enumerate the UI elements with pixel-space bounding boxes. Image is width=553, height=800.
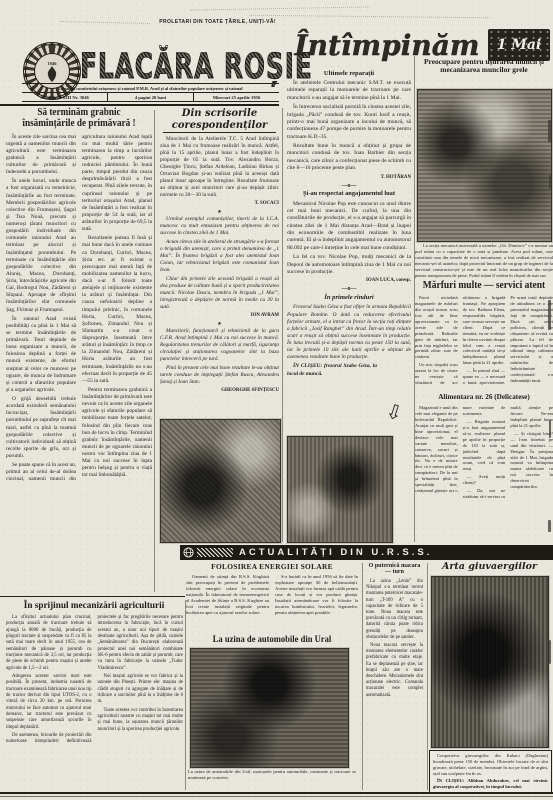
- paragraph: În aceste zile sarcina cea mai urgentă a…: [6, 134, 76, 177]
- preocupare-headline: Preocupare pentru ușurarea muncii și mec…: [415, 58, 553, 74]
- dateline-price: 4 pagini 20 bani: [107, 93, 193, 101]
- letter-item: Chiar din primele zile această brigadă a…: [160, 276, 279, 311]
- scan-artifact: [548, 520, 551, 532]
- letter-item: Acum cîteva zile în atelierul de strungă…: [160, 239, 279, 274]
- mech-title: În sprijinul mecanizării agriculturii: [7, 601, 182, 611]
- paragraph: La fel ca tov. Nicolae Pop, mulți mecani…: [287, 254, 411, 276]
- masthead-rule: [0, 104, 279, 106]
- scan-artifact: [549, 175, 551, 189]
- photo-ural-factory: [190, 648, 349, 768]
- paragraph: Pentru terminarea grabnică a însămînțări…: [82, 387, 152, 480]
- dateline-edition: Arad, anul XIII Nr. 3046: [22, 93, 107, 101]
- dateline-date: Miercuri 25 aprilie 1956: [193, 93, 279, 101]
- article-head: Și-au respectat angajamentul luat: [287, 191, 411, 198]
- letter-item: Muncitorii de la Atelierele T.C. 5 Arad …: [160, 136, 279, 199]
- paragraph: O grijă deosebită trebuie acordată extin…: [6, 396, 76, 460]
- photo-reference: ÎN CLIȘEU: frezorul Szabo Géza, la locul…: [287, 363, 377, 377]
- banner-hatch: [197, 548, 233, 557]
- ussr-banner: ACTUALITĂȚI DIN U.R.S.S.: [180, 545, 553, 560]
- star-separator: ★: [160, 321, 279, 327]
- column-rule: [154, 110, 155, 592]
- signature: T. HOTĂRAN: [287, 175, 411, 180]
- paragraph: La sfîrșitul actualului plan cincinal, p…: [6, 615, 92, 672]
- jeweler-header: Arta giuvaergiilor: [431, 561, 548, 572]
- column-rule: [362, 563, 363, 790]
- scan-artifact: [549, 640, 551, 664]
- jeweler-caption-box: Cooperativa giuvaergiilor din Kubaci (Da…: [429, 750, 552, 793]
- mayday-col1: Ultimele reparații În atelierele Centrul…: [287, 70, 411, 380]
- paragraph: În unele locuri, unde munca a fost organ…: [6, 178, 76, 313]
- solar-body: Oamenii de știință din R.S.S. Kirghiză s…: [186, 574, 358, 632]
- paragraph: — Aveți mulți clienți?: [463, 474, 506, 486]
- ussr-banner-text: ACTUALITĂȚI DIN U.R.S.S.: [239, 547, 432, 558]
- pod-rulant-caption: La secția mecanică universală a uzinelor…: [415, 243, 553, 279]
- photo-workshop: [160, 419, 281, 543]
- letter-signature: ION AVRAM: [160, 313, 279, 318]
- marfuri-body-2: Magazinul e unul din cele mai elegante d…: [415, 405, 553, 541]
- letters-column: Din scrisorile corespondenților Muncitor…: [160, 107, 279, 396]
- scan-noise: [250, 15, 490, 19]
- scan-artifact: [548, 120, 551, 142]
- paragraph: În atelierele Centrului mecanic S.M.T. s…: [287, 80, 411, 102]
- paragraph: Rezultatele puteau fi însă și mai bune d…: [82, 235, 152, 385]
- marfuri-body-1: Parcă niciodată magazinele de mărfuri di…: [415, 295, 553, 391]
- globe-icon: [183, 547, 194, 558]
- scan-noise: [190, 6, 370, 10]
- paragraph: S-a hotărît ca în anul 1956 să fie date …: [275, 574, 358, 616]
- letter-item: Urmînd exemplul comuniștilor, tinerii de…: [160, 216, 279, 237]
- bottom-rule: [0, 792, 553, 794]
- paragraph: Mecanicul Nicolae Pop este cunoscut ca u…: [287, 201, 411, 253]
- paragraph: Rezultate bune în muncă a obținut și gru…: [287, 143, 411, 173]
- letter-item: Muncitorii, funcționarii și tehnicienii …: [160, 328, 279, 363]
- mech-body: La sfîrșitul actualului plan cincinal, p…: [6, 615, 183, 791]
- column-rule: [427, 563, 428, 790]
- article-head-italic: În primele rînduri: [287, 294, 411, 301]
- lead-article-body: În aceste zile sarcina cea mai urgentă a…: [6, 134, 152, 582]
- lead-article-title: Să terminăm grabnic însămînțările de pri…: [12, 108, 146, 130]
- letters-header: Din scrisorile corespondenților: [163, 107, 276, 133]
- paragraph: Oamenii de știință din R.S.S. Kirghiză s…: [186, 574, 269, 616]
- paragraph: Noi mașini agricole se vor fabrica și la…: [98, 674, 184, 706]
- marfuri-headline: Mărfuri multe — servici atent: [418, 281, 549, 292]
- bottom-rule: [0, 796, 553, 797]
- photo-szabo-geza: [287, 436, 393, 543]
- dash-separator: —o—: [287, 183, 411, 189]
- caption-text: Cooperativa giuvaergiilor din Kubaci (Da…: [433, 753, 548, 777]
- scan-artifact: [548, 300, 551, 330]
- paragraph: La uzina „Lenin” din Nikopol s-a termina…: [366, 579, 423, 641]
- newspaper-title: FLACĂRA ROȘIE: [80, 47, 313, 87]
- star-separator: ★: [160, 209, 279, 215]
- photo-jeweler: [431, 576, 549, 748]
- masthead-dateline: Arad, anul XIII Nr. 3046 4 pagini 20 ban…: [22, 92, 279, 102]
- newspaper-page: PROLETARI DIN TOATE ȚĂRILE, UNIȚI-VĂ! 19…: [0, 0, 553, 800]
- arrow-icon: ⇩: [383, 398, 406, 426]
- paragraph: Atingerea acestor sarcini mari este posi…: [6, 674, 92, 731]
- caption-credit: ÎN CLIȘEU: Alibhan Abdurahov, cel mai vî…: [433, 778, 548, 790]
- masthead-slogan: PROLETARI DIN TOATE ȚĂRILE, UNIȚI-VĂ!: [58, 19, 276, 25]
- paragraph: Frezorul Szabo Géza a fost ofițer în arm…: [287, 304, 411, 361]
- signature: IOAN LUCA, coresp.: [287, 278, 411, 283]
- ural-caption: La uzina de automobile din Ural, motoare…: [188, 769, 356, 781]
- paragraph: În raionul Arad există posibilități ca p…: [6, 316, 76, 394]
- dash-separator: —o—: [287, 286, 411, 292]
- scan-artifact: [549, 420, 551, 438]
- paragraph: Toate acestea vor contribui la înzestrar…: [98, 708, 184, 733]
- ural-headline: La uzina de automobile din Ural: [190, 635, 353, 645]
- lead-article: Să terminăm grabnic însămînțările de pri…: [6, 108, 152, 582]
- letter-signature: GHEORGHE SFINȚESCU: [160, 388, 279, 393]
- macara-column: O puternică macara — turn La uzina „Leni…: [366, 563, 423, 701]
- paragraph: — Și cîștigați bine? — l-am întrebat pe …: [510, 431, 553, 490]
- photo-pod-rulant: [417, 89, 552, 242]
- paragraph: În întrecerea socialistă pornită în cins…: [287, 104, 411, 141]
- article-head: Ultimele reparații: [287, 70, 411, 77]
- letter-item: Pînă în prezent cele mai bune rezultate …: [160, 365, 279, 386]
- macara-head: O puternică macara — turn: [366, 563, 423, 576]
- column-rule: [282, 108, 283, 542]
- alimentara-subhead: Alimentara nr. 26 (Delicatese): [415, 394, 553, 402]
- section-rule: [0, 596, 185, 597]
- letter-signature: T. SOCACI: [160, 201, 279, 206]
- paragraph: — Brigada noastră și-a luat angajamentul…: [463, 419, 506, 472]
- paragraph: Parcă niciodată magazinele de mărfuri di…: [415, 295, 458, 360]
- flame-icon: [45, 66, 59, 82]
- solar-headline: FOLOSIREA ENERGIEI SOLARE: [186, 563, 358, 571]
- paragraph: Noua macara servește la montarea element…: [366, 643, 423, 699]
